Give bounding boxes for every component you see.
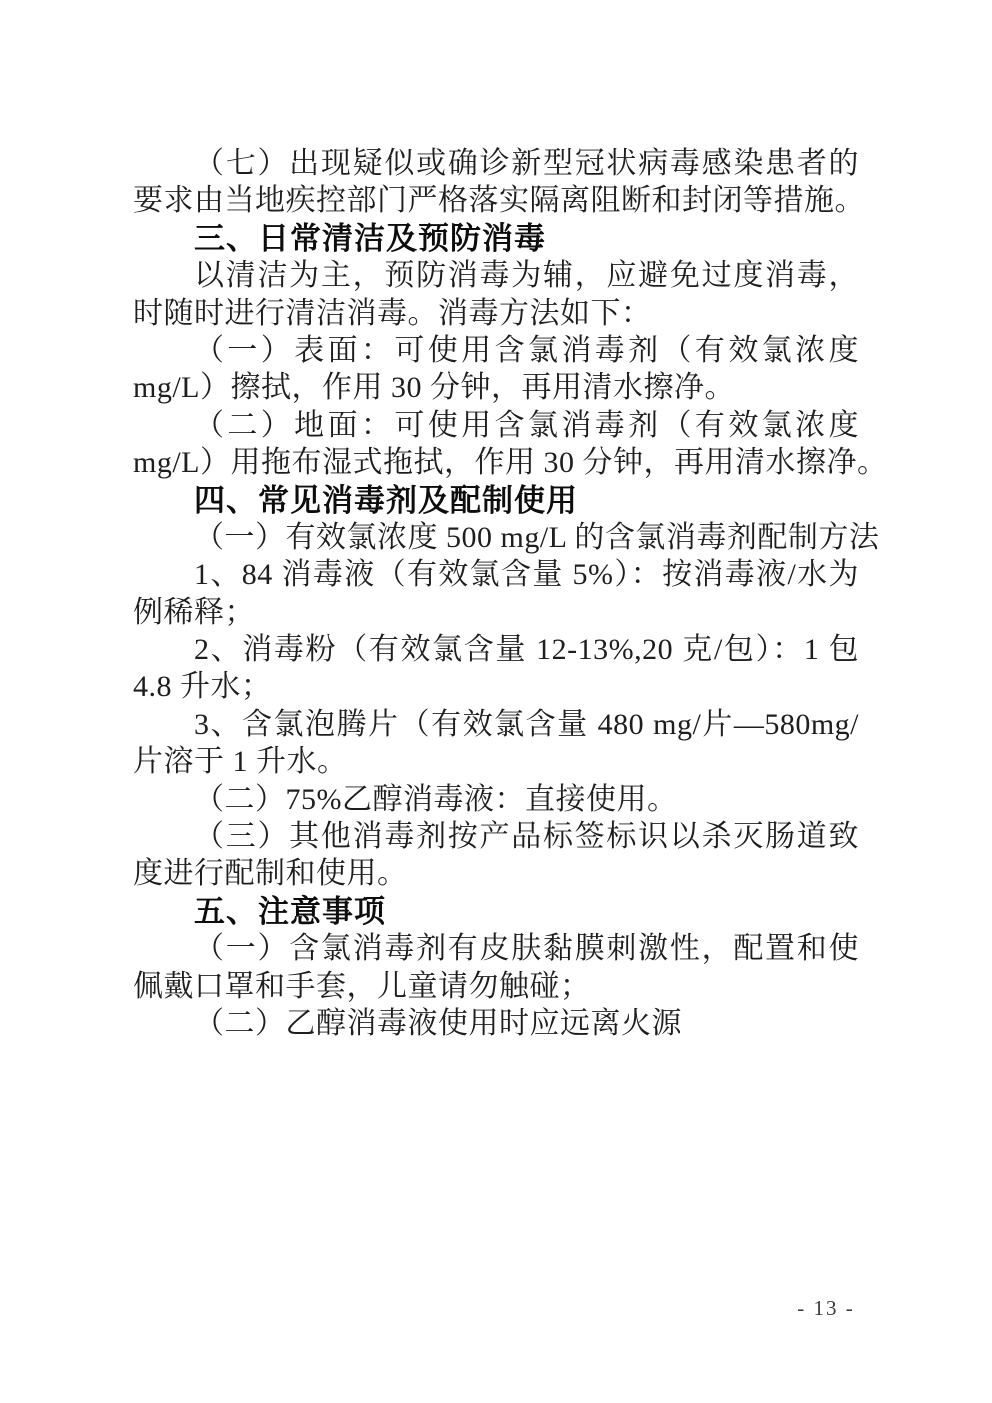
text-line: （二）乙醇消毒液使用时应远离火源 bbox=[133, 1005, 859, 1042]
text-line: 要求由当地疾控部门严格落实隔离阻断和封闭等措施。 bbox=[133, 182, 859, 219]
text-line: （二）75%乙醇消毒液：直接使用。 bbox=[133, 781, 859, 818]
text-line: 片溶于 1 升水。 bbox=[133, 743, 859, 780]
text-line: mg/L）擦拭，作用 30 分钟，再用清水擦净。 bbox=[133, 369, 859, 406]
section-heading: 五、注意事项 bbox=[133, 893, 859, 930]
text-line: （一）有效氯浓度 500 mg/L 的含氯消毒剂配制方法 bbox=[133, 519, 859, 556]
document-page: （七）出现疑似或确诊新型冠状病毒感染患者的企业，按 要求由当地疾控部门严格落实隔… bbox=[0, 0, 992, 1403]
text-line: （一）表面：可使用含氯消毒剂（有效氯浓度 250mg/L-500 bbox=[133, 332, 859, 369]
text-line: 以清洁为主，预防消毒为辅，应避免过度消毒，受到污染 bbox=[133, 257, 859, 294]
text-line: 时随时进行清洁消毒。消毒方法如下： bbox=[133, 295, 859, 332]
text-line: （七）出现疑似或确诊新型冠状病毒感染患者的企业，按 bbox=[133, 145, 859, 182]
section-heading: 四、常见消毒剂及配制使用 bbox=[133, 482, 859, 519]
text-line: （三）其他消毒剂按产品标签标识以杀灭肠道致病菌的浓 bbox=[133, 818, 859, 855]
text-line: （二）地面：可使用含氯消毒剂（有效氯浓度 250mg/L-500 bbox=[133, 407, 859, 444]
text-line: 3、含氯泡腾片（有效氯含量 480 mg/片—580mg/片）：1 bbox=[133, 706, 859, 743]
text-line: 例稀释； bbox=[133, 594, 859, 631]
document-body: （七）出现疑似或确诊新型冠状病毒感染患者的企业，按 要求由当地疾控部门严格落实隔… bbox=[133, 145, 859, 1042]
text-line: 度进行配制和使用。 bbox=[133, 855, 859, 892]
section-heading: 三、日常清洁及预防消毒 bbox=[133, 220, 859, 257]
text-line: 佩戴口罩和手套，儿童请勿触碰； bbox=[133, 968, 859, 1005]
text-line: 2、消毒粉（有效氯含量 12-13%,20 克/包）：1 包消毒液加 bbox=[133, 631, 859, 668]
text-line: （一）含氯消毒剂有皮肤黏膜刺激性，配置和使用时建议 bbox=[133, 930, 859, 967]
text-line: 4.8 升水； bbox=[133, 668, 859, 705]
text-line: 1、84 消毒液（有效氯含量 5%）：按消毒液/水为 1/100 比 bbox=[133, 556, 859, 593]
page-number: - 13 - bbox=[786, 1294, 866, 1322]
text-line: mg/L）用拖布湿式拖拭，作用 30 分钟，再用清水擦净。 bbox=[133, 444, 859, 481]
